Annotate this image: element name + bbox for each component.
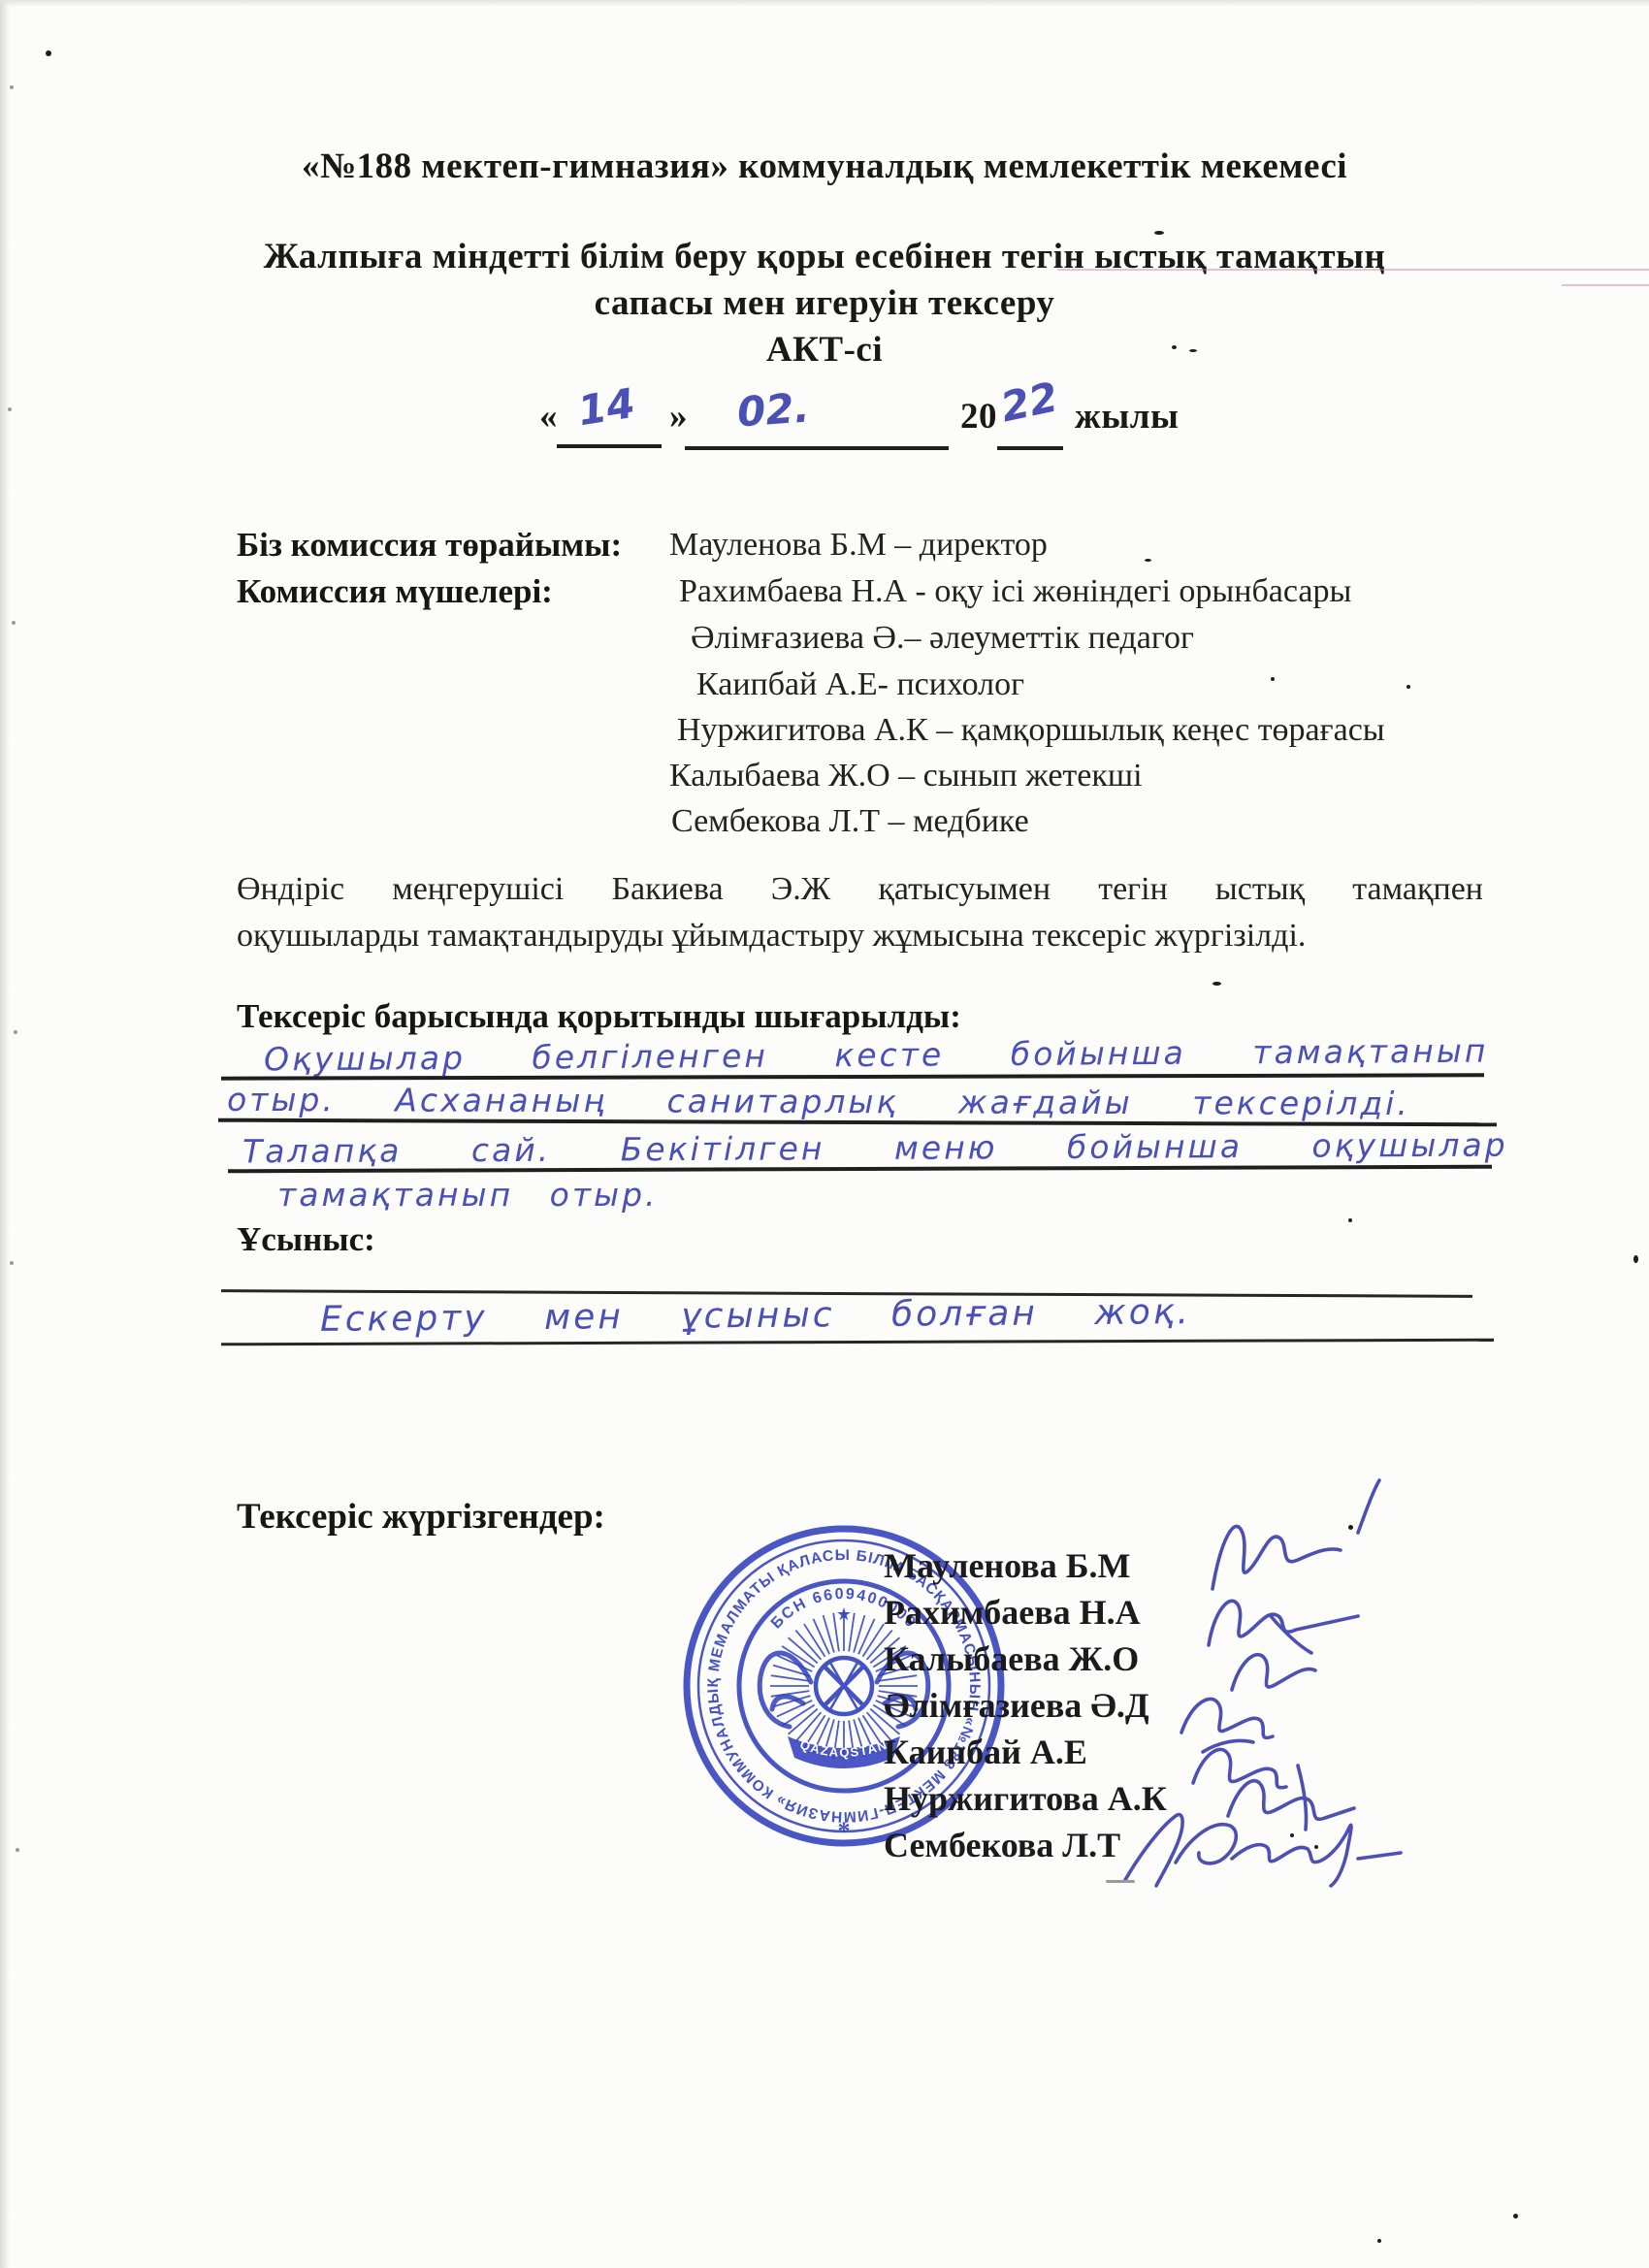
scanned-act-document: «№188 мектеп-гимназия» коммуналдық мемле…	[0, 0, 1649, 2268]
seal-star-icon: ★	[836, 1604, 852, 1624]
scan-speck	[46, 50, 51, 56]
commission-member: Калыбаева Ж.О – сынып жетекші	[669, 758, 1143, 794]
body-paragraph-line1: Өндіріс меңгерушісі Бакиева Э.Ж қатысуым…	[237, 871, 1483, 908]
conclusion-handwritten-line: Талапқа сай. Бекітілген меню бойынша оқу…	[242, 1126, 1508, 1171]
signatures	[1067, 1474, 1523, 1901]
seal-separator-star: *	[838, 1817, 851, 1845]
proposal-rule-2	[221, 1339, 1494, 1346]
date-month-line	[685, 446, 949, 450]
scan-speck	[1189, 349, 1197, 352]
date-year-word: жылы	[1075, 396, 1179, 437]
scan-speck	[1633, 1255, 1638, 1263]
date-month-handwritten: 02.	[735, 383, 811, 436]
date-year-line	[997, 446, 1063, 450]
scan-speck	[1271, 677, 1275, 681]
commission-member: Әлімғазиева Ә.– әлеуметтік педагог	[691, 620, 1194, 657]
scan-speck	[1154, 231, 1164, 235]
scan-speck	[14, 1030, 17, 1034]
date-open-quote: «	[539, 396, 558, 437]
scan-speck	[1290, 1833, 1294, 1837]
commission-member: Рахимбаева Н.А - оқу ісі жөніндегі орынб…	[679, 573, 1351, 610]
conclusion-handwritten-line: тамақтанып отыр.	[277, 1176, 659, 1214]
scan-speck	[16, 1848, 19, 1852]
scan-speck	[10, 1261, 14, 1265]
scan-speck	[1406, 685, 1410, 689]
commission-chair-label: Біз комиссия төрайымы:	[237, 526, 622, 565]
doc-subtitle-line2: сапасы мен игеруін тексеру	[0, 282, 1649, 324]
scan-speck	[1212, 982, 1221, 986]
scan-speck	[1348, 1218, 1352, 1222]
scan-speck	[1106, 1880, 1135, 1883]
date-day-handwritten: 14	[575, 379, 638, 436]
org-title: «№188 мектеп-гимназия» коммуналдық мемле…	[0, 146, 1649, 187]
scan-speck	[12, 621, 16, 625]
doc-subtitle-line1: Жалпыға міндетті білім беру қоры есебіне…	[0, 236, 1649, 277]
scan-artifact-line	[1562, 284, 1649, 286]
date-day-line	[557, 444, 662, 448]
commission-chair-value: Мауленова Б.М – директор	[669, 527, 1048, 564]
scan-speck	[1172, 345, 1177, 349]
conclusion-handwritten-line: отыр. Асхананың санитарлық жағдайы тексе…	[227, 1081, 1410, 1122]
proposal-heading: Ұсыныс:	[237, 1220, 375, 1259]
commission-member: Сембекова Л.Т – медбике	[671, 803, 1029, 840]
scan-edge-top	[0, 0, 1649, 7]
scan-speck	[1314, 1845, 1318, 1849]
conclusion-heading: Тексеріс барысында қорытынды шығарылды:	[237, 997, 961, 1036]
inspectors-heading: Тексеріс жүргізгендер:	[237, 1496, 605, 1538]
commission-members-label: Комиссия мүшелері:	[237, 572, 553, 611]
scan-speck	[1377, 2239, 1381, 2243]
scan-speck	[10, 85, 14, 89]
proposal-handwritten-text: Ескерту мен ұсыныс болған жоқ.	[320, 1292, 1191, 1340]
date-year-handwritten: 22	[997, 373, 1062, 431]
date-close-quote: »	[669, 396, 688, 437]
conclusion-handwritten-line: Оқушылар белгіленген кесте бойынша тамақ…	[264, 1032, 1489, 1079]
commission-member: Нуржигитова А.К – қамқоршылық кеңес төра…	[677, 712, 1385, 749]
scan-speck	[8, 407, 12, 411]
scan-artifact-line	[1057, 269, 1649, 271]
act-label: АКТ-сі	[0, 329, 1649, 371]
scan-speck	[1348, 1525, 1353, 1530]
date-year-prefix: 20	[960, 396, 997, 437]
commission-member: Каипбай А.Е- психолог	[696, 666, 1024, 703]
seal-shanyrak	[816, 1658, 872, 1714]
scan-speck	[1145, 559, 1151, 562]
body-paragraph-line2: оқушыларды тамақтандыруды ұйымдастыру жұ…	[237, 918, 1483, 955]
scan-speck	[1513, 2214, 1518, 2219]
